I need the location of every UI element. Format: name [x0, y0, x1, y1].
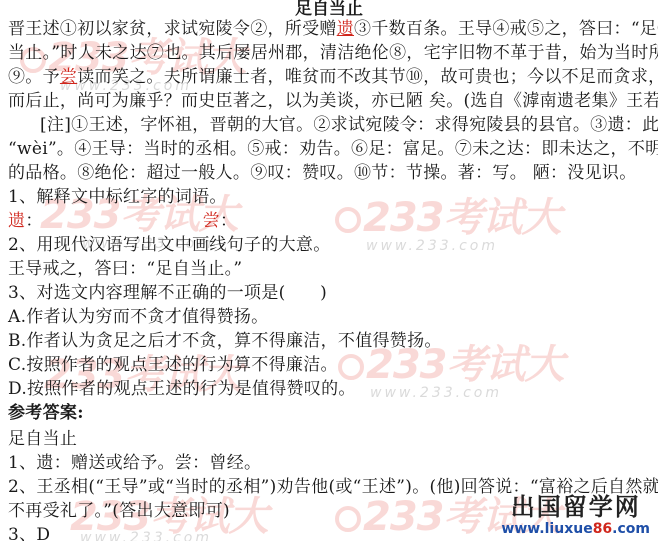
- question-1-blanks: 遗：尝：: [8, 210, 237, 232]
- site-logo-url: www.liuxue86.com: [501, 521, 650, 537]
- question-1: 1、解释文中标红字的词语。: [8, 186, 227, 208]
- watermark-url: www.233.com: [80, 530, 212, 541]
- passage-line: 而后止，尚可为廉乎？而史臣著之，以为美谈，亦已陋 矣。(选自《滹南遗老集》王若虚…: [8, 90, 658, 112]
- blank-label-chang: 尝: [203, 211, 220, 231]
- document-page: 233考试大 www.233.com 233考试大 www.233.com 23…: [0, 0, 658, 541]
- option-c: C.按照作者的观点王述的行为算不得廉洁。: [8, 354, 338, 376]
- question-2: 2、用现代汉语写出文中画线句子的大意。: [8, 234, 331, 256]
- answers-title: 足自当止: [8, 428, 77, 450]
- option-d: D.按照作者的观点王述的行为是值得赞叹的。: [8, 378, 356, 400]
- highlighted-word-chang: 尝: [60, 67, 77, 87]
- answers-heading: 参考答案:: [8, 402, 84, 424]
- question-3: 3、对选文内容理解不正确的一项是( ): [8, 282, 327, 304]
- notes-line: “wèi”。④王导：当时的丞相。⑤戒：劝告。⑥足：富足。⑦未之达：即未达之，不明…: [8, 138, 658, 160]
- document-title: 足自当止: [0, 0, 658, 20]
- highlighted-word-wei: 遗: [337, 19, 354, 39]
- option-b: B.作者认为贪足之后才不贪，算不得廉洁，不值得赞扬。: [8, 330, 442, 352]
- notes-line: 的品格。⑧绝伦：超过一般人。⑨叹：赞叹。⑩节：节操。著：写。 陋：没见识。: [8, 162, 637, 184]
- answer-3: 3、D: [8, 524, 50, 541]
- watermark-logo: 233考试大: [335, 198, 561, 238]
- blank-label-wei: 遗: [8, 211, 25, 231]
- question-2-sentence: 王导戒之，答曰：“足自当止。”: [8, 258, 242, 280]
- notes-line: [注]①王述，字怀祖，晋朝的大官。②求试宛陵令：求得宛陵县的县官。③遗：此处读: [40, 114, 658, 136]
- answer-2-cont: 不再受礼了。”(答出大意即可): [8, 500, 230, 522]
- site-logo: 出国留学网 www.liuxue86.com: [501, 493, 650, 537]
- watermark-url: www.233.com: [366, 238, 498, 254]
- smiley-icon: [335, 506, 361, 532]
- smiley-icon: [335, 207, 361, 233]
- watermark-url: www.233.com: [370, 385, 502, 401]
- passage-line: ⑨。予尝读而笑之。夫所谓廉士者，唯贫而不改其节⑩，故可贵也；今以不足而贪求，既足: [8, 66, 658, 88]
- passage-line: 晋王述①初以家贫，求试宛陵令②，所受赠遗③千数百条。王导④戒⑤之，答曰：“足⑥自: [8, 18, 658, 40]
- answer-1: 1、遗：赠送或给予。尝：曾经。: [8, 452, 261, 474]
- site-logo-name: 出国留学网: [501, 493, 650, 521]
- smiley-icon: [338, 354, 364, 380]
- option-a: A.作者认为穷而不贪才值得赞扬。: [8, 306, 268, 328]
- passage-line: 当止。”时人未之达⑦也。其后屡居州郡，清洁绝伦⑧，宅宇旧物不革于昔，始为当时所叹: [8, 42, 658, 64]
